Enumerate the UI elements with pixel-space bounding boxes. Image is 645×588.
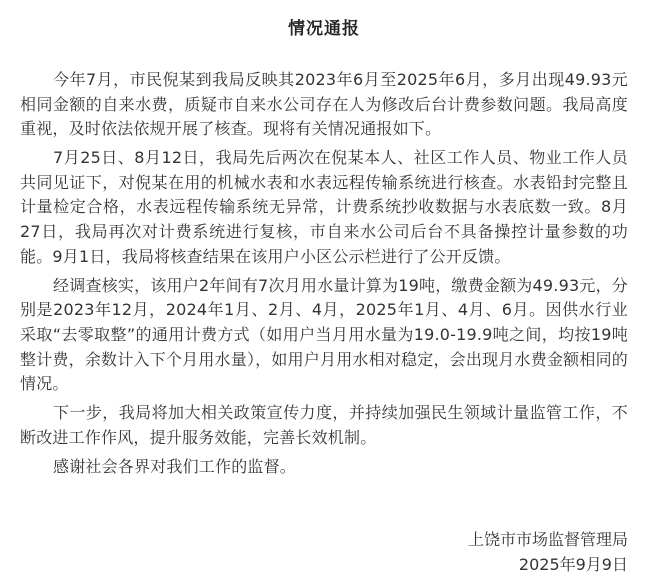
- document-body: 今年7月，市民倪某到我局反映其2023年6月至2025年6月，多月出现49.93…: [20, 68, 628, 480]
- signature-block: 上饶市市场监督管理局 2025年9月9日: [468, 528, 628, 577]
- document-title: 情况通报: [20, 14, 628, 39]
- signature-organization: 上饶市市场监督管理局: [468, 528, 628, 553]
- paragraph-thanks: 感谢社会各界对我们工作的监督。: [20, 455, 628, 480]
- paragraph-inspection: 7月25日、8月12日，我局先后两次在倪某本人、社区工作人员、物业工作人员共同见…: [20, 146, 628, 269]
- paragraph-next-steps: 下一步，我局将加大相关政策宣传力度，并持续加强民生领域计量监管工作，不断改进工作…: [20, 401, 628, 450]
- paragraph-complaint: 今年7月，市民倪某到我局反映其2023年6月至2025年6月，多月出现49.93…: [20, 68, 628, 142]
- signature-date: 2025年9月9日: [468, 553, 628, 578]
- paragraph-findings: 经调查核实，该用户2年间有7次月用水量计算为19吨，缴费金额为49.93元，分别…: [20, 274, 628, 397]
